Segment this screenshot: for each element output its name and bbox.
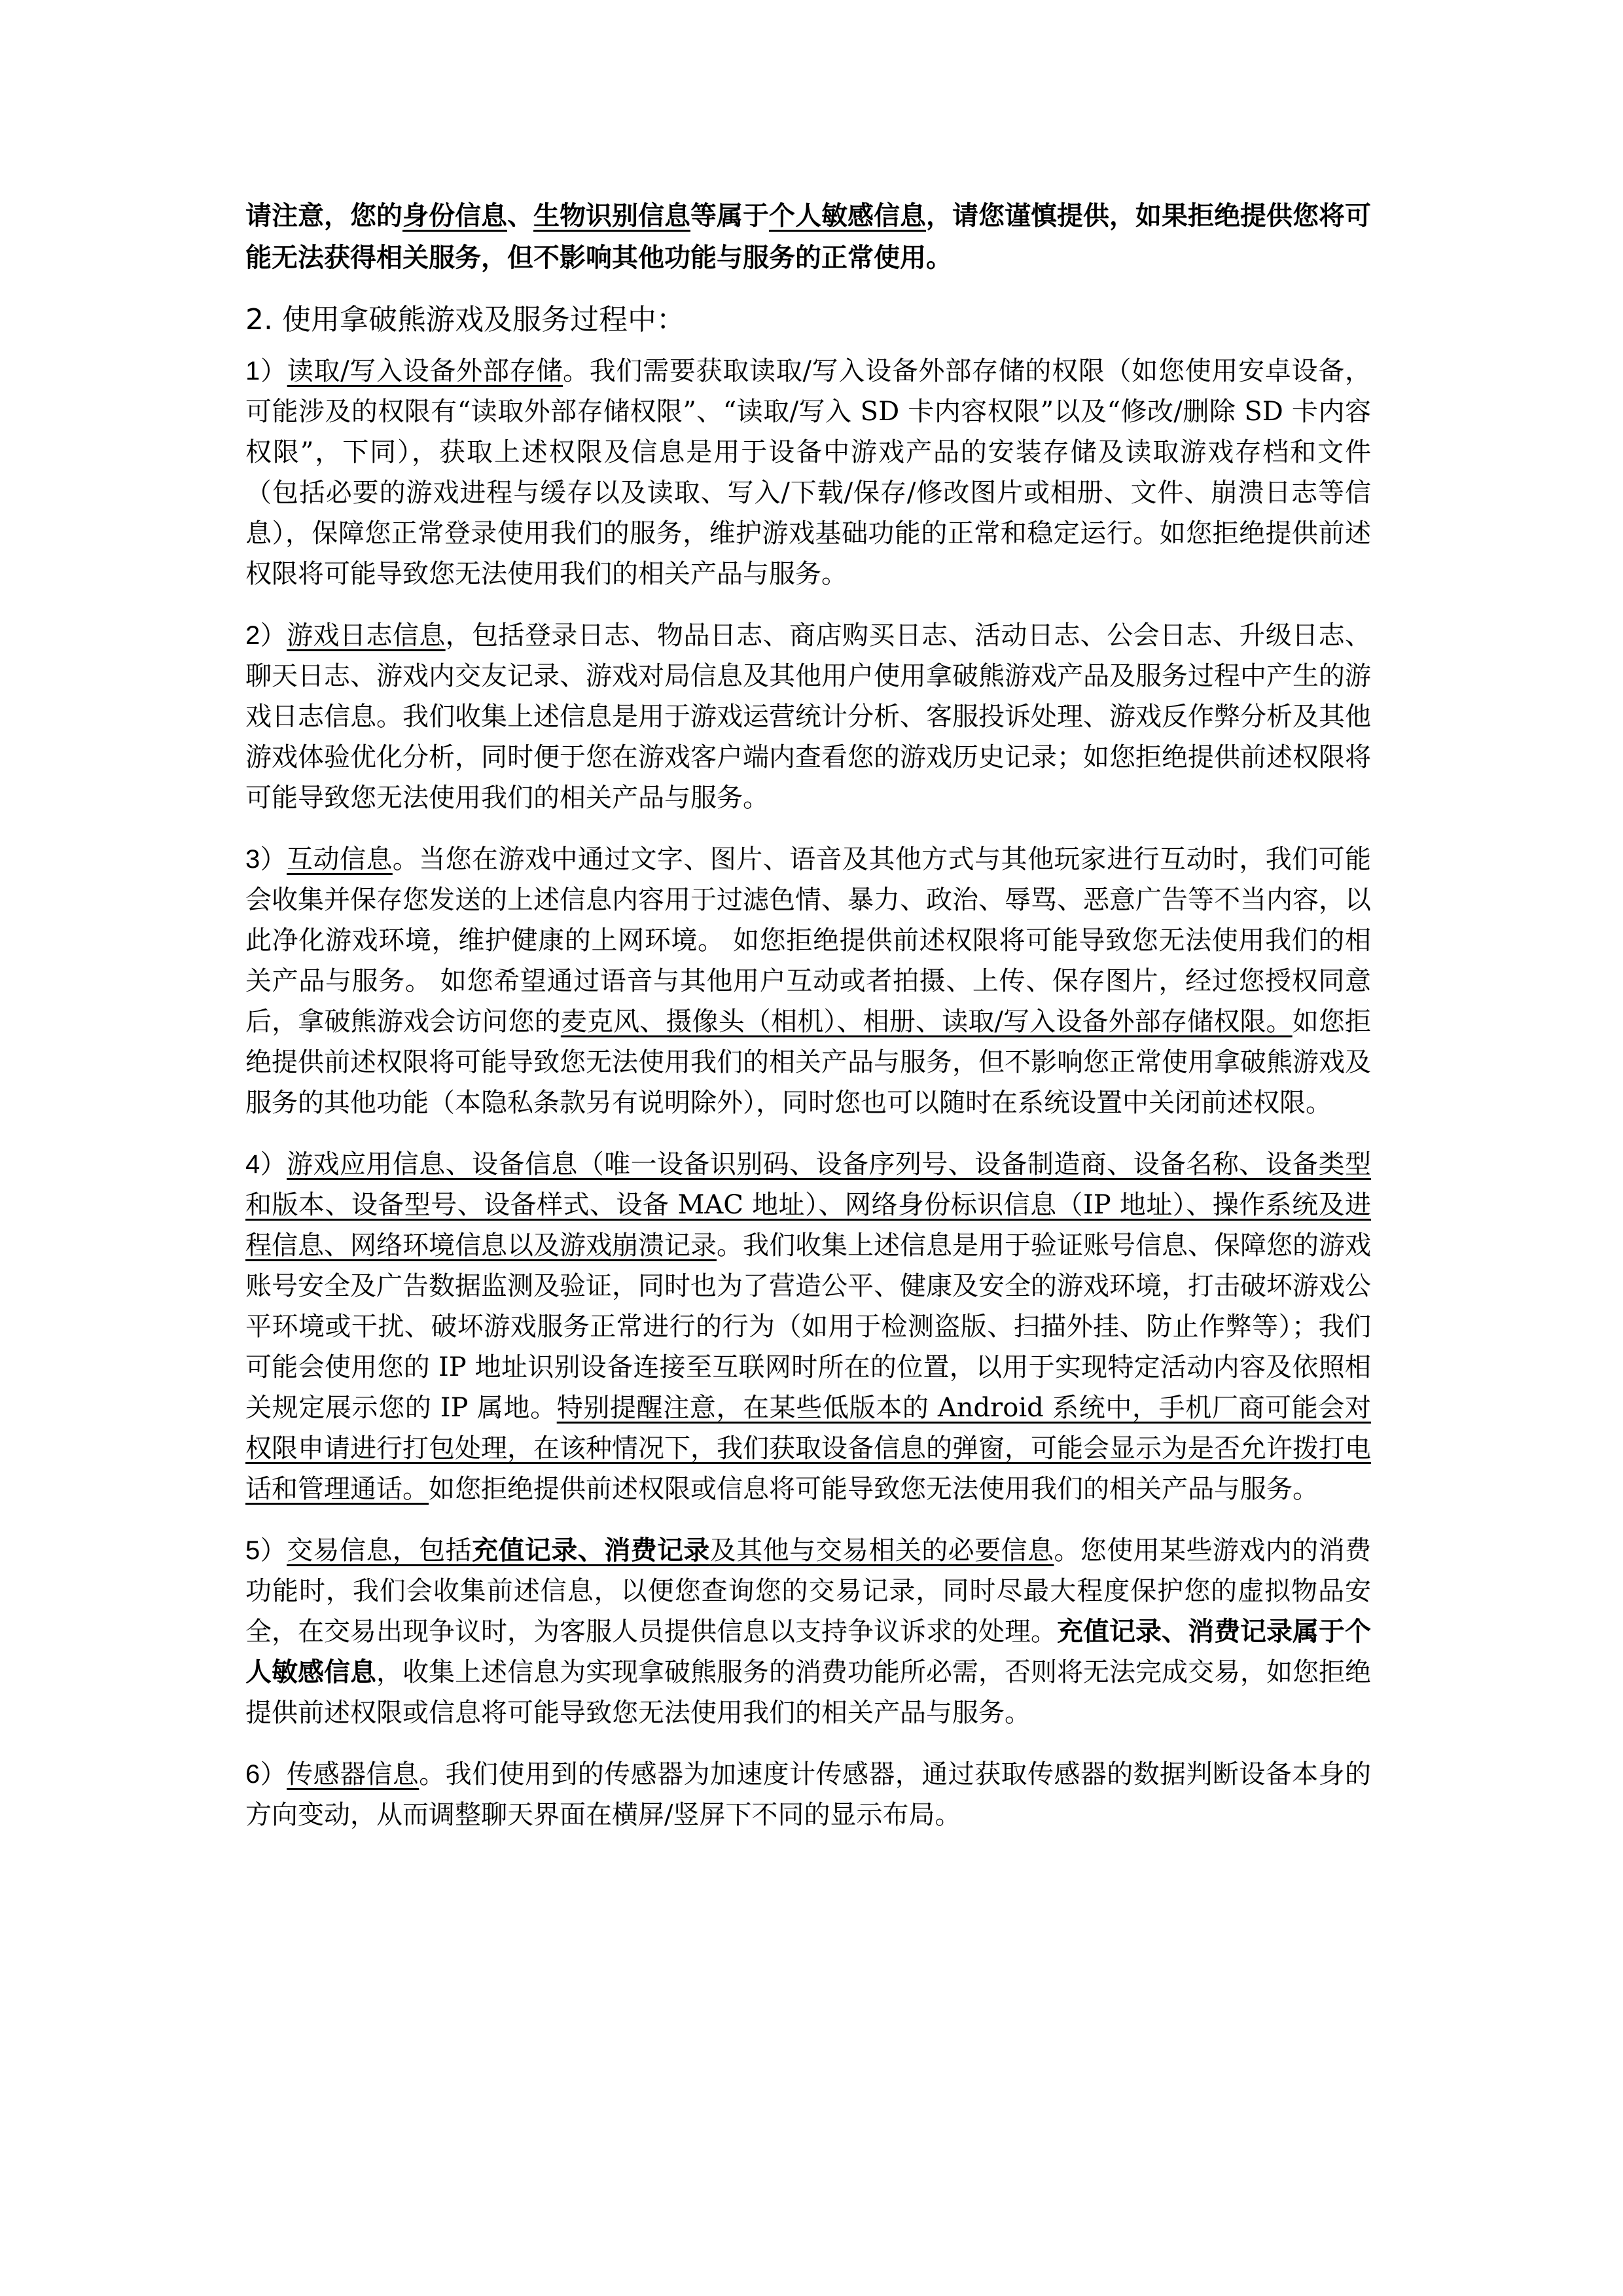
item-number: 2） <box>245 621 287 650</box>
item-term: 互动信息 <box>287 844 393 874</box>
item-term-bold: 充值记录、消费记录 <box>472 1535 710 1566</box>
sensitive-info-notice: 请注意，您的身份信息、生物识别信息等属于个人敏感信息，请您谨慎提供，如果拒绝提供… <box>245 195 1371 279</box>
notice-text: 、 <box>507 200 533 231</box>
item-body: 。我们需要获取读取/写入设备外部存储的权限（如您使用安卓设备，可能涉及的权限有“… <box>245 356 1371 589</box>
list-item-transactions: 5）交易信息，包括充值记录、消费记录及其他与交易相关的必要信息。您使用某些游戏内… <box>245 1530 1371 1733</box>
list-item-device-info: 4）游戏应用信息、设备信息（唯一设备识别码、设备序列号、设备制造商、设备名称、设… <box>245 1144 1371 1509</box>
item-number: 6） <box>245 1760 287 1789</box>
notice-text: 请注意，您的 <box>245 200 402 231</box>
notice-underlined-identity-info: 身份信息 <box>402 200 507 231</box>
item-number: 4） <box>245 1150 287 1179</box>
notice-text: 等属于 <box>690 200 769 231</box>
item-number: 3） <box>245 845 287 874</box>
notice-underlined-biometric-info: 生物识别信息 <box>533 200 690 231</box>
item-number: 5） <box>245 1536 287 1565</box>
list-item-interaction: 3）互动信息。当您在游戏中通过文字、图片、语音及其他方式与其他玩家进行互动时，我… <box>245 839 1371 1123</box>
item-body: ，收集上述信息为实现拿破熊服务的消费功能所必需，否则将无法完成交易，如您拒绝提供… <box>245 1657 1371 1728</box>
list-item-game-logs: 2）游戏日志信息，包括登录日志、物品日志、商店购买日志、活动日志、公会日志、升级… <box>245 615 1371 818</box>
document-page: 请注意，您的身份信息、生物识别信息等属于个人敏感信息，请您谨慎提供，如果拒绝提供… <box>245 195 1371 1856</box>
item-term: 传感器信息 <box>287 1759 419 1789</box>
item-underlined-permissions: 麦克风、摄像头（相机）、相册、读取/写入设备外部存储权限。 <box>561 1007 1293 1037</box>
item-body: 如您拒绝提供前述权限或信息将可能导致您无法使用我们的相关产品与服务。 <box>429 1474 1319 1504</box>
item-number: 1） <box>245 357 287 386</box>
section-heading: 2. 使用拿破熊游戏及服务过程中： <box>245 297 1371 343</box>
list-item-storage: 1）读取/写入设备外部存储。我们需要获取读取/写入设备外部存储的权限（如您使用安… <box>245 351 1371 594</box>
item-term: 及其他与交易相关的必要信息 <box>710 1535 1054 1566</box>
list-item-sensor: 6）传感器信息。我们使用到的传感器为加速度计传感器，通过获取传感器的数据判断设备… <box>245 1754 1371 1835</box>
item-term: 交易信息，包括 <box>287 1535 472 1566</box>
notice-underlined-sensitive-info: 个人敏感信息 <box>769 200 926 231</box>
item-term: 读取/写入设备外部存储 <box>287 356 563 386</box>
item-term: 游戏日志信息 <box>287 620 446 651</box>
